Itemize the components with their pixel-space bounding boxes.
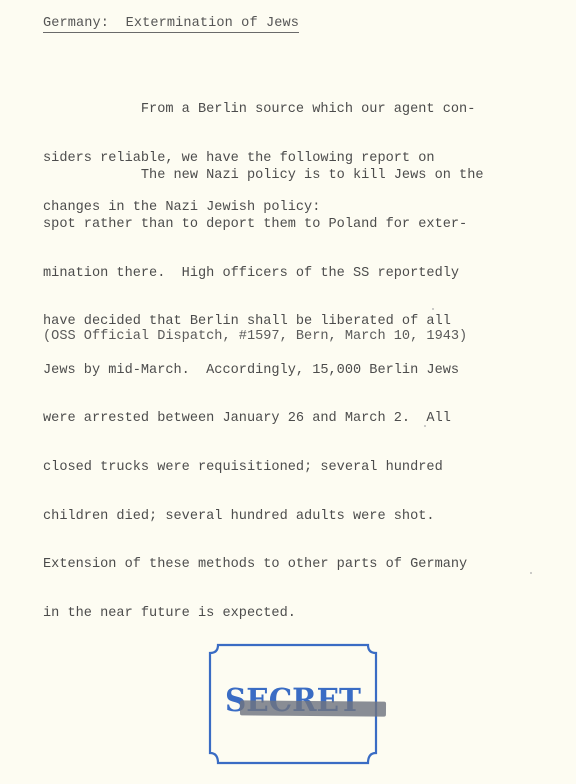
paper-speck <box>424 425 426 427</box>
paragraph-line: children died; several hundred adults we… <box>43 509 484 525</box>
paper-speck <box>432 308 434 310</box>
document-page: Germany: Extermination of Jews From a Be… <box>0 0 576 784</box>
document-heading: Germany: Extermination of Jews <box>43 16 299 33</box>
paragraph-line: were arrested between January 26 and Mar… <box>43 411 484 427</box>
redaction-bar <box>240 700 386 716</box>
paragraph-line: Extension of these methods to other part… <box>43 557 484 573</box>
paragraph-2: The new Nazi policy is to kill Jews on t… <box>43 136 484 655</box>
paragraph-line: closed trucks were requisitioned; severa… <box>43 460 484 476</box>
citation: (OSS Official Dispatch, #1597, Bern, Mar… <box>43 329 467 344</box>
paragraph-line: in the near future is expected. <box>43 606 484 622</box>
paragraph-line: From a Berlin source which our agent con… <box>43 102 475 118</box>
paragraph-line: spot rather than to deport them to Polan… <box>43 217 484 233</box>
paragraph-line: mination there. High officers of the SS … <box>43 266 484 282</box>
secret-stamp: SECRET <box>204 641 382 769</box>
paragraph-line: have decided that Berlin shall be libera… <box>43 314 484 330</box>
paragraph-line: The new Nazi policy is to kill Jews on t… <box>43 168 484 184</box>
paper-speck <box>530 572 532 574</box>
paragraph-line: Jews by mid-March. Accordingly, 15,000 B… <box>43 363 484 379</box>
